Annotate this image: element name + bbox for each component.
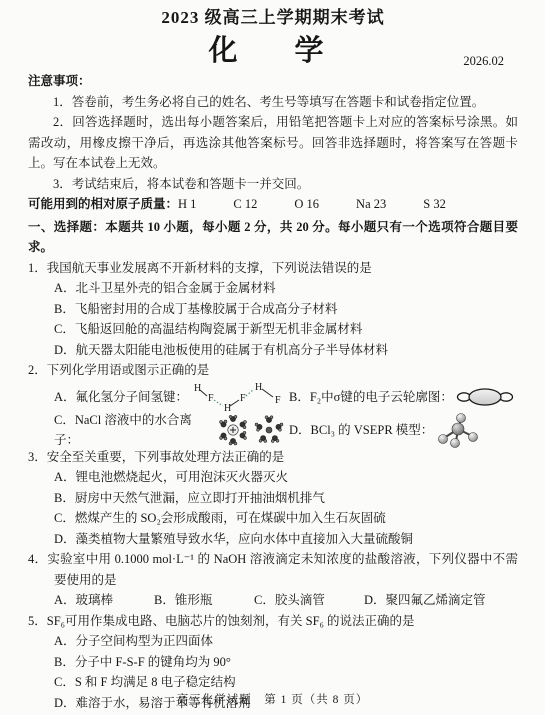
question-3-option-b: B．厨房中天然气泄漏，应立即打开抽油烟机排气: [54, 488, 518, 509]
question-4-option-a: A．玻璃棒: [54, 590, 154, 611]
question-4-options-row: A．玻璃棒 B．锥形瓶 C．胶头滴管 D．聚四氟乙烯滴定管: [54, 590, 518, 611]
question-1-option-b: B．飞船密封用的合成丁基橡胶属于合成高分子材料: [54, 299, 518, 320]
svg-text:H: H: [194, 383, 201, 394]
question-1-text: 我国航天事业发展离不开新材料的支撑，下列说法错误的是: [47, 261, 372, 275]
exam-date: 2026.02: [463, 54, 504, 69]
question-2: 2．下列化学用语或图示正确的是 A．氟化氢分子间氢键： H F H F H F: [28, 360, 518, 447]
question-2-option-d: D．BCl₃ 的 VSEPR 模型：: [289, 412, 518, 448]
question-1-option-c: C．飞船返回舱的高温结构陶瓷属于新型无机非金属材料: [54, 319, 518, 340]
subject-title: 化 学: [208, 35, 337, 67]
question-5-option-a: A．分子空间构型为正四面体: [54, 631, 518, 652]
question-1: 1．我国航天事业发展离不开新材料的支撑，下列说法错误的是 A．北斗卫星外壳的铝合…: [28, 258, 518, 361]
question-2-option-a-text: A．氟化氢分子间氢键：: [54, 387, 188, 408]
question-4-number: 4．: [28, 552, 47, 566]
section-heading: 一、选择题：本题共 10 小题，每小题 2 分，共 20 分。每小题只有一个选项…: [28, 217, 518, 258]
atomic-mass-C: C 12: [233, 194, 257, 215]
question-5-option-b: B．分子中 F-S-F 的键角均为 90°: [54, 652, 518, 673]
question-1-stem: 1．我国航天事业发展离不开新材料的支撑，下列说法错误的是: [28, 258, 518, 279]
question-5-option-c: C．S 和 F 均满足 8 电子稳定结构: [54, 672, 518, 693]
question-2-option-c: C．NaCl 溶液中的水合离子：: [54, 410, 289, 451]
exam-title: 2023 级高三上学期期末考试: [28, 6, 518, 30]
question-1-number: 1．: [28, 261, 47, 275]
svg-text:F: F: [240, 393, 246, 404]
notice-item-1: 1．答卷前，考生务必将自己的姓名、考生号等填写在答题卡和试卷指定位置。: [28, 92, 518, 113]
question-3-option-a: A．锂电池燃烧起火，可用泡沫灭火器灭火: [54, 467, 518, 488]
svg-text:F: F: [208, 393, 214, 404]
question-4-stem: 4．实验室中用 0.1000 mol·L⁻¹ 的 NaOH 溶液滴定未知浓度的盐…: [28, 549, 518, 590]
question-2-number: 2．: [28, 363, 47, 377]
question-5-text: SF₆可用作集成电路、电脑芯片的蚀刻剂，有关 SF₆ 的说法正确的是: [47, 614, 415, 628]
question-4-text: 实验室中用 0.1000 mol·L⁻¹ 的 NaOH 溶液滴定未知浓度的盐酸溶…: [47, 552, 518, 587]
question-2-option-b-text: B．F₂中σ键的电子云轮廓图：: [289, 387, 453, 408]
question-3-option-d: D．藻类植物大量繁殖导致水华，应向水体中直接加入大量硫酸铜: [54, 529, 518, 550]
question-2-option-b: B．F₂中σ键的电子云轮廓图：: [289, 386, 518, 408]
question-1-option-d: D．航天器太阳能电池板使用的硅属于有机高分子半导体材料: [54, 340, 518, 361]
question-2-row-cd: C．NaCl 溶液中的水合离子：: [54, 414, 518, 447]
svg-text:H: H: [255, 382, 262, 393]
vsepr-model-diagram: [436, 412, 480, 448]
exam-paper-page: 2023 级高三上学期期末考试 化 学 2026.02 注意事项： 1．答卷前，…: [0, 0, 545, 715]
page-footer: 高三化学试题 第 1 页（共 8 页）: [0, 691, 545, 707]
sigma-bond-electron-cloud-diagram: [456, 386, 514, 408]
notice-item-2: 2．回答选择题时，选出每小题答案后，用铅笔把答题卡上对应的答案标号涂黑。如需改动…: [28, 112, 518, 174]
question-4-option-d: D．聚四氟乙烯滴定管: [364, 590, 486, 611]
question-3: 3．安全至关重要，下列事故处理方法正确的是 A．锂电池燃烧起火，可用泡沫灭火器灭…: [28, 447, 518, 550]
atomic-masses-label: 可能用到的相对原子质量：: [28, 197, 178, 211]
svg-text:F: F: [275, 395, 281, 406]
question-2-option-d-text: D．BCl₃ 的 VSEPR 模型：: [289, 420, 433, 441]
question-4-option-b: B．锥形瓶: [154, 590, 254, 611]
question-3-text: 安全至关重要，下列事故处理方法正确的是: [47, 450, 285, 464]
subject-row: 化 学 2026.02: [28, 31, 518, 71]
atomic-masses-line: 可能用到的相对原子质量：H 1C 12O 16Na 23S 32: [28, 194, 518, 215]
notice-heading: 注意事项：: [28, 71, 518, 92]
question-4: 4．实验室中用 0.1000 mol·L⁻¹ 的 NaOH 溶液滴定未知浓度的盐…: [28, 549, 518, 611]
question-2-text: 下列化学用语或图示正确的是: [47, 363, 210, 377]
question-5-number: 5．: [28, 614, 47, 628]
notice-item-3: 3．考试结束后，将本试卷和答题卡一并交回。: [28, 174, 518, 195]
question-3-stem: 3．安全至关重要，下列事故处理方法正确的是: [28, 447, 518, 468]
question-2-option-c-text: C．NaCl 溶液中的水合离子：: [54, 410, 214, 451]
paper-body: 注意事项： 1．答卷前，考生务必将自己的姓名、考生号等填写在答题卡和试卷指定位置…: [28, 71, 518, 713]
question-1-option-a: A．北斗卫星外壳的铝合金属于金属材料: [54, 278, 518, 299]
atomic-mass-O: O 16: [294, 194, 319, 215]
question-3-option-c: C．燃煤产生的 SO₂会形成酸雨，可在煤碳中加入生石灰固硫: [54, 508, 518, 529]
atomic-mass-S: S 32: [423, 194, 446, 215]
question-3-number: 3．: [28, 450, 47, 464]
question-4-option-c: C．胶头滴管: [254, 590, 364, 611]
question-5-stem: 5．SF₆可用作集成电路、电脑芯片的蚀刻剂，有关 SF₆ 的说法正确的是: [28, 611, 518, 632]
atomic-mass-Na: Na 23: [356, 194, 386, 215]
question-2-stem: 2．下列化学用语或图示正确的是: [28, 360, 518, 381]
atomic-mass-H: H 1: [178, 194, 196, 215]
hydrated-ions-diagram: [217, 414, 289, 447]
